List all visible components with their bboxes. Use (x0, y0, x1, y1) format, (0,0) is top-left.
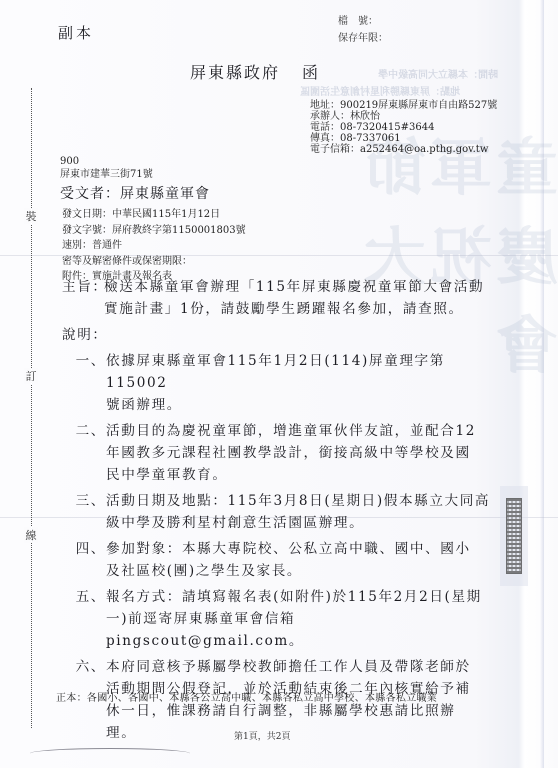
explanation-item: 三、 活動日期及地點：115年3月8日(星期日)假本縣立大同高 級中學及勝利星村… (62, 490, 492, 534)
item-line: 民中學童軍教育。 (106, 464, 492, 486)
explanation-item: 一、 依據屏東縣童軍會115年1月2日(114)屏童理字第115002 號函辦理… (62, 350, 492, 416)
page-number: 第1頁，共2頁 (234, 729, 290, 742)
item-line: 活動日期及地點：115年3月8日(星期日)假本縣立大同高 (106, 490, 492, 512)
recipient-address: 屏東市建華三街71號 (60, 168, 210, 181)
contact-address: 地址：900219屏東縣屏東市自由路527號 (310, 100, 497, 111)
contact-handler: 承辦人：林欣怡 (310, 111, 497, 122)
item-line: 理。 (106, 722, 492, 744)
file-meta: 檔 號： 保存年限： (338, 13, 388, 47)
recipient-block: 900 屏東市建華三街71號 受文者：屏東縣童軍會 (60, 155, 210, 203)
file-number-label: 檔 號： (338, 13, 378, 30)
subject-line: 實施計畫」1份，請鼓勵學生踴躍報名參加，請查照。 (104, 298, 492, 320)
item-number: 三、 (62, 490, 106, 534)
bleed-through-line: 地點：屏東縣勝利星村創意生活園區 (300, 83, 460, 98)
binding-dotted-line (31, 88, 32, 728)
issue-info: 發文日期：中華民國115年1月12日 發文字號：屏府教終字第1150001803… (62, 207, 246, 285)
item-line: 報名方式：請填寫報名表(如附件)於115年2月2日(星期 (106, 586, 492, 608)
letter-body: 主旨： 檢送本縣童軍會辦理「115年屏東縣慶祝童軍節大會活動 實施計畫」1份，請… (62, 276, 492, 744)
contact-email: 電子信箱：a252464@oa.pthg.gov.tw (310, 144, 497, 155)
recipient-zip: 900 (60, 155, 210, 168)
explanation-label: 說明： (62, 324, 492, 346)
explanation-item: 二、 活動目的為慶祝童軍節，增進童軍伙伴友誼，並配合12 年國教多元課程社團教學… (62, 420, 492, 486)
item-number: 一、 (62, 350, 106, 416)
item-number: 二、 (62, 420, 106, 486)
binding-mark-bottom: 線 (24, 527, 38, 543)
item-line: 參加對象：本縣大專院校、公私立高中職、國中、國小 (106, 538, 492, 560)
item-line: 一)前逕寄屏東縣童軍會信箱pingscout@gmail.com。 (106, 608, 492, 652)
item-line: 年國教多元課程社團教學設計，銜接高級中等學校及國 (106, 442, 492, 464)
document-title: 屏東縣政府函 (190, 60, 320, 83)
seal-stamp (506, 498, 522, 574)
item-line: 及社區校(團)之學生及家長。 (106, 560, 492, 582)
retention-label: 保存年限： (338, 30, 388, 47)
item-line: 依據屏東縣童軍會115年1月2日(114)屏童理字第115002 (106, 350, 492, 394)
subject-label: 主旨： (62, 276, 104, 320)
item-line: 本府同意核予縣屬學校教師擔任工作人員及帶隊老師於 (106, 656, 492, 678)
carbon-copy-recipients: 正本：各國小、各國中、本縣各公立高中職、本縣各私立高中學校、本縣各私立職業 (56, 689, 437, 704)
issue-speed: 速別：普通件 (62, 238, 246, 254)
item-number: 四、 (62, 538, 106, 582)
binding-mark-top: 裝 (24, 208, 38, 224)
item-number: 五、 (62, 586, 106, 652)
binding-mark-middle: 訂 (24, 368, 38, 384)
copy-label: 副本 (58, 22, 94, 43)
bleed-through-line: 時間：本縣立大同高級中學 (378, 66, 498, 81)
explanation-item: 五、 報名方式：請填寫報名表(如附件)於115年2月2日(星期 一)前逕寄屏東縣… (62, 586, 492, 652)
item-line: 活動目的為慶祝童軍節，增進童軍伙伴友誼，並配合12 (106, 420, 492, 442)
document-type: 函 (302, 63, 320, 82)
issue-number: 發文字號：屏府教終字第1150001803號 (62, 223, 246, 239)
explanation-item: 四、 參加對象：本縣大專院校、公私立高中職、國中、國小 及社區校(團)之學生及家… (62, 538, 492, 582)
issue-date: 發文日期：中華民國115年1月12日 (62, 207, 246, 223)
subject-line: 檢送本縣童軍會辦理「115年屏東縣慶祝童軍節大會活動 (104, 276, 492, 298)
item-line: 級中學及勝利星村創意生活園區辦理。 (106, 512, 492, 534)
contact-block: 地址：900219屏東縣屏東市自由路527號 承辦人：林欣怡 電話：08-732… (310, 100, 497, 155)
recipient-name: 受文者：屏東縣童軍會 (60, 183, 210, 203)
subject: 主旨： 檢送本縣童軍會辦理「115年屏東縣慶祝童軍節大會活動 實施計畫」1份，請… (62, 276, 492, 320)
document-page: 童軍節慶祝大會 時間：本縣立大同高級中學 地點：屏東縣勝利星村創意生活園區 裝 … (0, 0, 558, 768)
scan-edge-shadow (540, 0, 544, 768)
contact-fax: 傳真：08-7337061 (310, 133, 497, 144)
issue-classification: 密等及解密條件或保密期限： (62, 254, 246, 270)
agency-name: 屏東縣政府 (190, 63, 280, 82)
contact-phone: 電話：08-7320415#3644 (310, 122, 497, 133)
item-line: 號函辦理。 (106, 394, 492, 416)
page-curl (30, 748, 190, 759)
